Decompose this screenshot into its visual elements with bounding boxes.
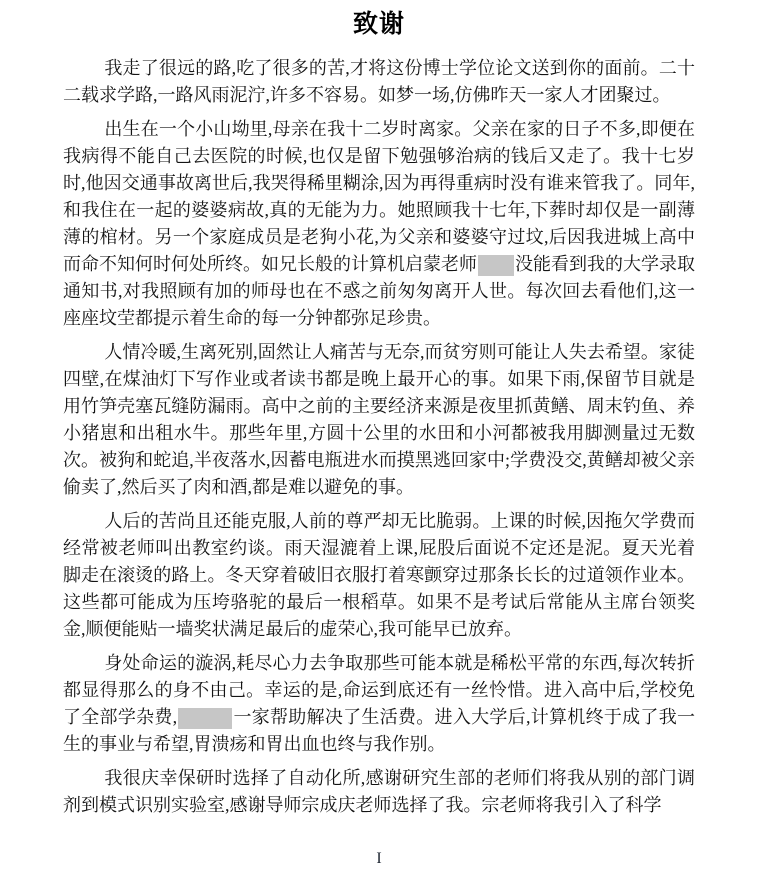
redaction-box bbox=[178, 708, 232, 729]
page-number: I bbox=[0, 850, 758, 868]
paragraph: 人后的苦尚且还能克服,人前的尊严却无比脆弱。上课的时候,因拖欠学费而经常被老师叫… bbox=[63, 508, 695, 643]
page-title: 致谢 bbox=[63, 8, 695, 41]
redaction-box bbox=[478, 255, 514, 276]
paragraph: 我走了很远的路,吃了很多的苦,才将这份博士学位论文送到你的面前。二十二载求学路,… bbox=[63, 55, 695, 109]
document-page: 致谢 我走了很远的路,吃了很多的苦,才将这份博士学位论文送到你的面前。二十二载求… bbox=[0, 0, 758, 878]
paragraph: 我很庆幸保研时选择了自动化所,感谢研究生部的老师们将我从别的部门调剂到模式识别实… bbox=[63, 765, 695, 819]
paragraph: 出生在一个小山坳里,母亲在我十二岁时离家。父亲在家的日子不多,即便在我病得不能自… bbox=[63, 116, 695, 332]
paragraph: 身处命运的漩涡,耗尽心力去争取那些可能本就是稀松平常的东西,每次转折都显得那么的… bbox=[63, 650, 695, 758]
paragraphs: 我走了很远的路,吃了很多的苦,才将这份博士学位论文送到你的面前。二十二载求学路,… bbox=[63, 55, 695, 819]
paragraph: 人情冷暖,生离死别,固然让人痛苦与无奈,而贫穷则可能让人失去希望。家徒四壁,在煤… bbox=[63, 339, 695, 501]
